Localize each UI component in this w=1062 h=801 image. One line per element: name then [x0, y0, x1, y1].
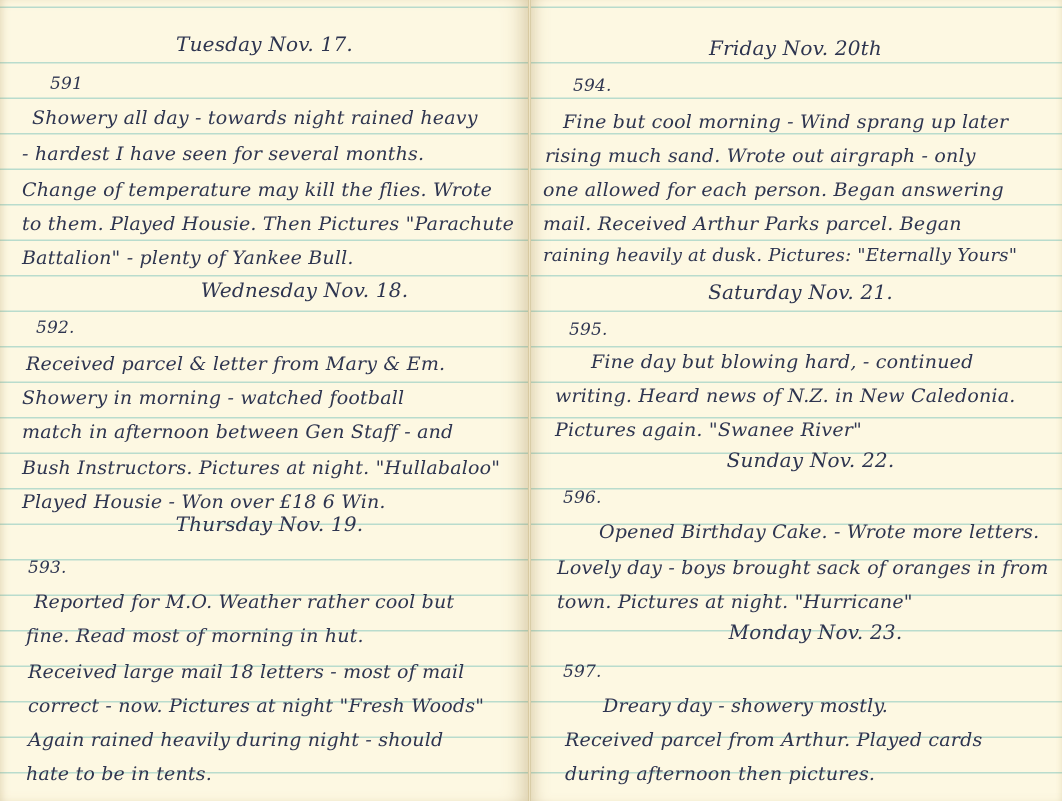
entry-number: 596. [563, 486, 1062, 510]
entry-line: during afternoon then pictures. [565, 762, 1062, 786]
entry-line: correct - now. Pictures at night "Fresh … [28, 694, 529, 718]
entry-line: Change of temperature may kill the flies… [22, 178, 529, 202]
entry-line: raining heavily at dusk. Pictures: "Eter… [543, 244, 1062, 268]
entry-line: Played Housie - Won over £18 6 Win. [22, 490, 529, 514]
entry-heading: Wednesday Nov. 18. [0, 278, 529, 302]
entry-heading: Sunday Nov. 22. [529, 448, 1062, 472]
entry-line: Pictures again. "Swanee River" [555, 418, 1062, 442]
entry-line: hate to be in tents. [26, 762, 529, 786]
entry-number: 595. [569, 318, 1062, 342]
entry-line: - hardest I have seen for several months… [22, 142, 529, 166]
entry-line: Received parcel & letter from Mary & Em. [26, 352, 529, 376]
entry-line: match in afternoon between Gen Staff - a… [22, 420, 529, 444]
entry-line: Battalion" - plenty of Yankee Bull. [22, 246, 529, 270]
entry-line: Showery all day - towards night rained h… [32, 106, 529, 130]
entry-line: Showery in morning - watched football [22, 386, 529, 410]
entry-line: Received parcel from Arthur. Played card… [565, 728, 1062, 752]
entry-number: 593. [28, 556, 529, 580]
right-page: Friday Nov. 20th 594. Fine but cool morn… [529, 0, 1062, 801]
entry-line: one allowed for each person. Began answe… [543, 178, 1062, 202]
entry-line: Lovely day - boys brought sack of orange… [557, 556, 1062, 580]
left-page: Tuesday Nov. 17. 591 Showery all day - t… [0, 0, 529, 801]
entry-heading: Thursday Nov. 19. [0, 512, 529, 536]
entry-number: 594. [573, 74, 1062, 98]
entry-heading: Saturday Nov. 21. [529, 280, 1062, 304]
diary-spread: Tuesday Nov. 17. 591 Showery all day - t… [0, 0, 1062, 801]
entry-heading: Monday Nov. 23. [529, 620, 1062, 644]
entry-line: writing. Heard news of N.Z. in New Caled… [555, 384, 1062, 408]
entry-line: Opened Birthday Cake. - Wrote more lette… [599, 520, 1062, 544]
entry-line: mail. Received Arthur Parks parcel. Bega… [543, 212, 1062, 236]
entry-line: Reported for M.O. Weather rather cool bu… [34, 590, 529, 614]
entry-line: Again rained heavily during night - shou… [28, 728, 529, 752]
entry-heading: Friday Nov. 20th [529, 36, 1062, 60]
book-gutter [528, 0, 531, 801]
entry-heading: Tuesday Nov. 17. [0, 32, 529, 56]
entry-line: Bush Instructors. Pictures at night. "Hu… [22, 456, 529, 480]
entry-line: Fine day but blowing hard, - continued [591, 350, 1062, 374]
entry-number: 591 [50, 72, 529, 96]
entry-line: Received large mail 18 letters - most of… [28, 660, 529, 684]
entry-line: fine. Read most of morning in hut. [26, 624, 529, 648]
entry-number: 592. [36, 316, 529, 340]
entry-line: Dreary day - showery mostly. [603, 694, 1062, 718]
entry-line: to them. Played Housie. Then Pictures "P… [22, 212, 529, 236]
entry-line: town. Pictures at night. "Hurricane" [557, 590, 1062, 614]
entry-line: rising much sand. Wrote out airgraph - o… [545, 144, 1062, 168]
entry-line: Fine but cool morning - Wind sprang up l… [563, 110, 1062, 134]
entry-number: 597. [563, 660, 1062, 684]
